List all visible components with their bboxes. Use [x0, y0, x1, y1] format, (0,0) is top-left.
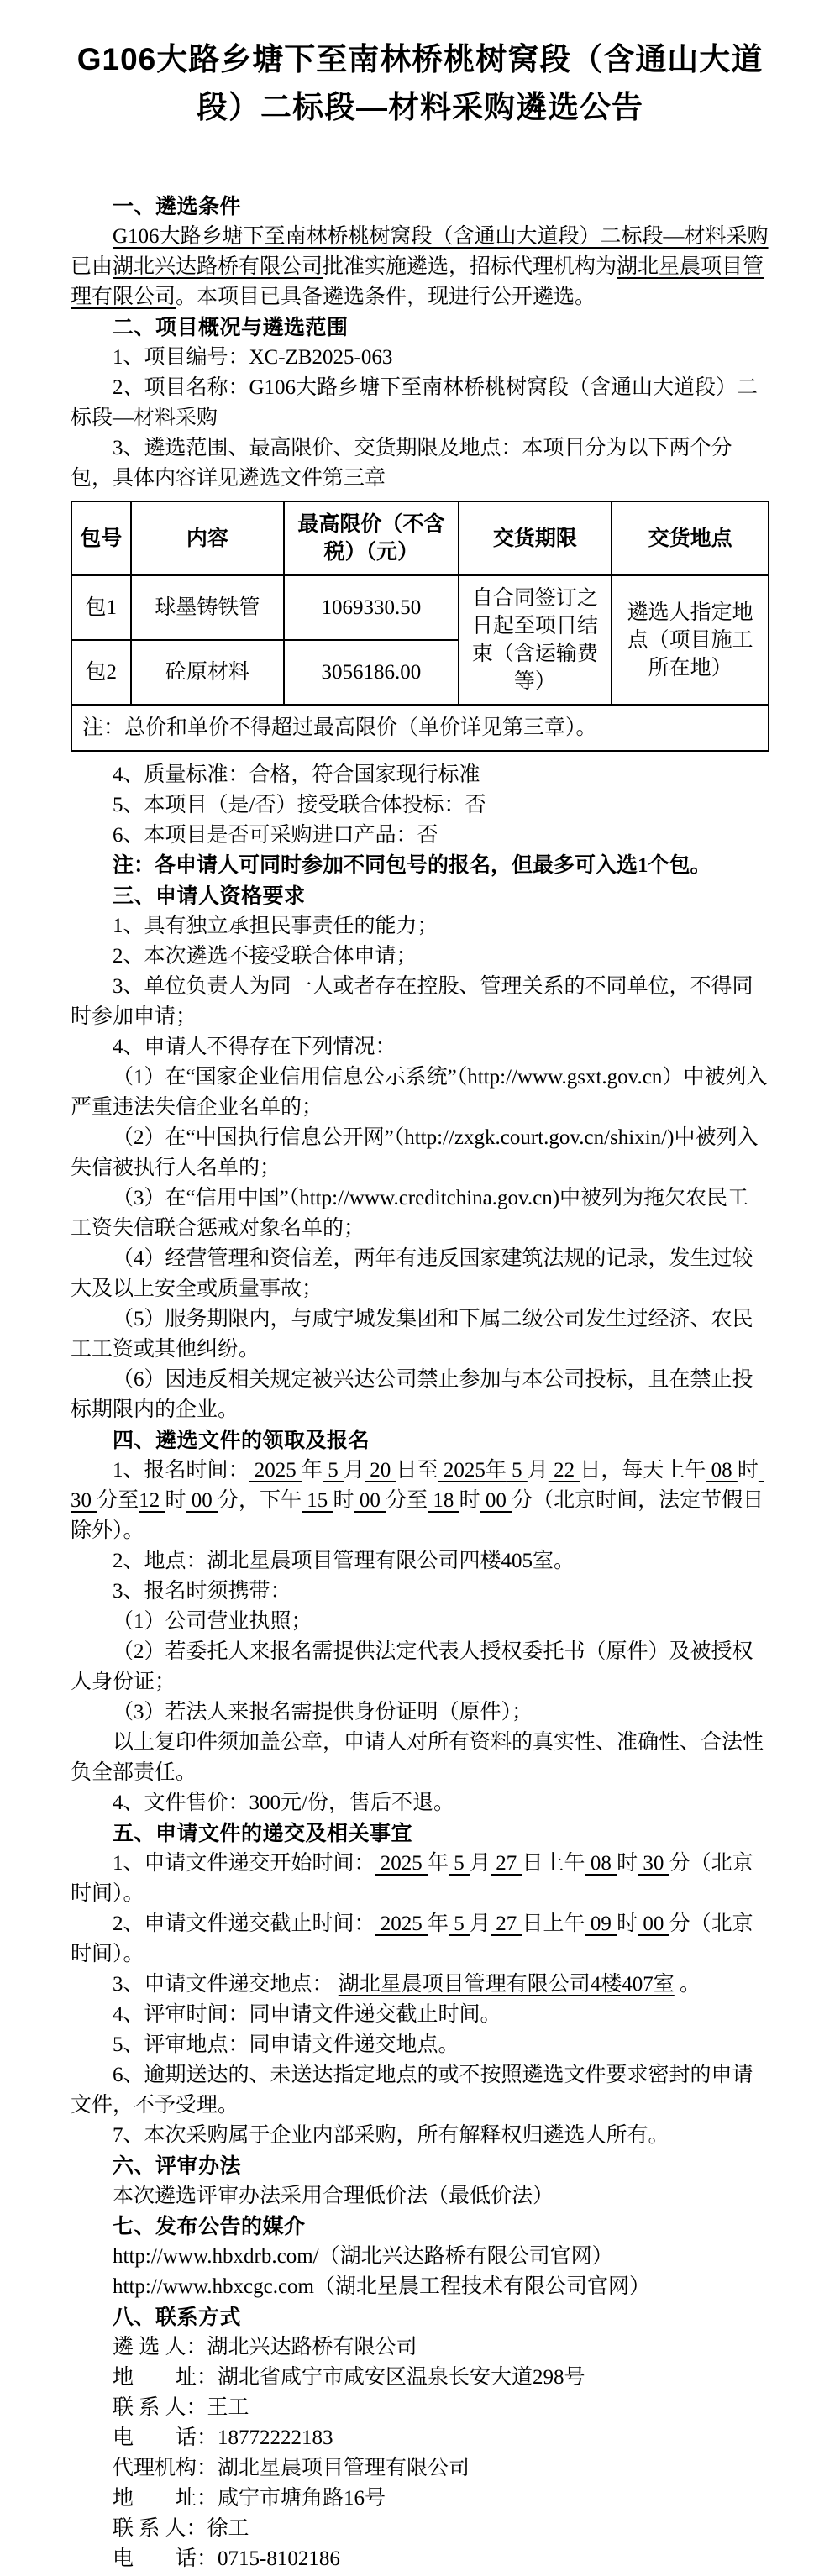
prohibited-case-4: （4）经营管理和资信差，两年有违反国家建筑法规的记录，发生过较大及以上安全或质量… [71, 1244, 769, 1304]
start-minute: 30 [638, 1852, 669, 1875]
document-body: 一、遴选条件 G106大路乡塘下至南林桥桃树窝段（含通山大道段）二标段—材料采购… [0, 131, 840, 2574]
contact-selector-name: 遴 选 人：湖北兴达路桥有限公司 [71, 2332, 769, 2363]
contact-agency-address: 地 址：咸宁市塘角路16号 [71, 2484, 769, 2514]
reg-hour-am: 08 [706, 1459, 738, 1482]
header-package-no: 包号 [71, 501, 131, 575]
reg-sep-13: 时 [459, 1489, 480, 1512]
contact-selector-phone: 电 话：18772222183 [71, 2423, 769, 2453]
owner-name-underlined: 湖北兴达路桥有限公司 [113, 255, 323, 278]
section-3-heading: 三、申请人资格要求 [71, 881, 769, 911]
project-number-line: 1、项目编号：XC-ZB2025-063 [71, 343, 769, 373]
qualification-item-3: 3、单位负责人为同一人或者存在控股、管理关系的不同单位，不得同时参加申请； [71, 972, 769, 1032]
section-4-heading: 四、遴选文件的领取及报名 [71, 1425, 769, 1456]
registration-time-label: 1、报名时间： [113, 1459, 249, 1482]
media-url-2: http://www.hbxcgc.com（湖北星晨工程技术有限公司官网） [71, 2272, 769, 2302]
package-table: 包号 内容 最高限价（不含税）（元） 交货期限 交货地点 包1 球墨铸铁管 10… [71, 501, 769, 752]
deadline-day: 27 [491, 1912, 522, 1935]
deadline-sep-1: 年 [428, 1912, 449, 1935]
project-name-line: 2、项目名称：G106大路乡塘下至南林桥桃树窝段（含通山大道段）二标段—材料采购 [71, 373, 769, 433]
reg-min-pm2: 00 [480, 1489, 512, 1512]
reg-sep-12: 分至 [386, 1489, 428, 1512]
package-1-price: 1069330.50 [284, 575, 459, 640]
deadline-hour: 09 [585, 1912, 617, 1935]
review-time-line: 4、评审时间：同申请文件递交截止时间。 [71, 2000, 769, 2030]
start-year: 2025 [375, 1852, 428, 1875]
prohibited-case-2: （2）在“中国执行信息公开网”（http://zxgk.court.gov.cn… [71, 1123, 769, 1183]
registration-time-line: 1、报名时间： 2025 年 5 月 20 日至 2025年 5 月 22 日，… [71, 1456, 769, 1546]
reg-sep-6: 日，每天上午 [580, 1459, 706, 1482]
document-price-line: 4、文件售价：300元/份，售后不退。 [71, 1788, 769, 1818]
section-6-heading: 六、评审办法 [71, 2151, 769, 2181]
submission-deadline-label: 2、申请文件递交截止时间： [113, 1912, 375, 1935]
package-2-no: 包2 [71, 640, 131, 705]
qualification-item-1: 1、具有独立承担民事责任的能力； [71, 911, 769, 942]
reg-year-1: 2025 [249, 1459, 302, 1482]
start-sep-4: 时 [617, 1852, 638, 1875]
contact-agency-person: 联 系 人：徐工 [71, 2514, 769, 2544]
deadline-sep-3: 日上午 [522, 1912, 585, 1935]
section-5-heading: 五、申请文件的递交及相关事宜 [71, 1818, 769, 1849]
reg-min-noon: 00 [186, 1489, 218, 1512]
start-month: 5 [449, 1852, 470, 1875]
reg-hour-pm2: 18 [428, 1489, 459, 1512]
start-sep-2: 月 [470, 1852, 491, 1875]
project-name-underlined: G106大路乡塘下至南林桥桃树窝段（含通山大道段）二标段—材料采购 [113, 225, 769, 248]
package-2-item: 砼原材料 [131, 640, 285, 705]
intro-text-2: 批准实施遴选，招标代理机构为 [323, 255, 617, 278]
header-delivery-period: 交货期限 [459, 501, 612, 575]
reg-month-2: 5 [507, 1459, 528, 1482]
reg-month-1: 5 [323, 1459, 344, 1482]
reg-sep-8: 分至 [97, 1489, 139, 1512]
quality-standard-line: 4、质量标准：合格，符合国家现行标准 [71, 760, 769, 790]
deadline-year: 2025 [375, 1912, 428, 1935]
prohibited-case-3: （3）在“信用中国”（http://www.creditchina.gov.cn… [71, 1183, 769, 1244]
scope-line: 3、遴选范围、最高限价、交货期限及地点：本项目分为以下两个分包，具体内容详见遴选… [71, 433, 769, 494]
bring-item-1: （1）公司营业执照； [71, 1607, 769, 1637]
deadline-sep-4: 时 [617, 1912, 638, 1935]
start-hour: 08 [585, 1852, 617, 1875]
section-1-intro-paragraph: G106大路乡塘下至南林桥桃树窝段（含通山大道段）二标段—材料采购已由湖北兴达路… [71, 222, 769, 312]
section-7-heading: 七、发布公告的媒介 [71, 2211, 769, 2242]
consortium-bid-line: 5、本项目（是/否）接受联合体投标：否 [71, 790, 769, 821]
reg-day-1: 20 [365, 1459, 396, 1482]
contact-agency-phone: 电 话：0715-8102186 [71, 2544, 769, 2574]
intro-text-3: 。本项目已具备遴选条件，现进行公开遴选。 [176, 286, 596, 308]
submission-place-underlined: 湖北星晨项目管理有限公司4楼407室 [339, 1973, 675, 1996]
header-price-limit: 最高限价（不含税）（元） [284, 501, 459, 575]
header-content: 内容 [131, 501, 285, 575]
registration-place-line: 2、地点：湖北星晨项目管理有限公司四楼405室。 [71, 1546, 769, 1577]
bring-item-2: （2）若委托人来报名需提供法定代表人授权委托书（原件）及被授权人身份证； [71, 1637, 769, 1697]
start-sep-1: 年 [428, 1852, 449, 1875]
section-2-heading: 二、项目概况与遴选范围 [71, 312, 769, 343]
imported-product-line: 6、本项目是否可采购进口产品：否 [71, 821, 769, 851]
submission-start-label: 1、申请文件递交开始时间： [113, 1852, 375, 1875]
package-1-item: 球墨铸铁管 [131, 575, 285, 640]
submission-place-tail: 。 [675, 1973, 701, 1996]
start-day: 27 [491, 1852, 522, 1875]
reg-sep-3: 日至 [396, 1459, 438, 1482]
media-url-1: http://www.hbxdrb.com/（湖北兴达路桥有限公司官网） [71, 2242, 769, 2272]
review-method-line: 本次遴选评审办法采用合理低价法（最低价法） [71, 2181, 769, 2211]
header-delivery-place: 交货地点 [612, 501, 769, 575]
delivery-place-cell: 遴选人指定地点（项目施工所在地） [612, 575, 769, 705]
table-note: 注：总价和单价不得超过最高限价（单价详见第三章）。 [71, 705, 769, 751]
reg-sep-11: 时 [333, 1489, 354, 1512]
bring-item-3: （3）若法人来报名需提供身份证明（原件）； [71, 1697, 769, 1728]
deadline-minute: 00 [638, 1912, 669, 1935]
submission-place-line: 3、申请文件递交地点： 湖北星晨项目管理有限公司4楼407室 。 [71, 1970, 769, 2000]
package-1-no: 包1 [71, 575, 131, 640]
prohibited-case-1: （1）在“国家企业信用信息公示系统”（http://www.gsxt.gov.c… [71, 1062, 769, 1123]
page-title: G106大路乡塘下至南林桥桃树窝段（含通山大道段）二标段—材料采购遴选公告 [0, 0, 840, 131]
reg-sep-9: 时 [165, 1489, 186, 1512]
reg-sep-7: 时 [738, 1459, 759, 1482]
table-note-row: 注：总价和单价不得超过最高限价（单价详见第三章）。 [71, 705, 769, 751]
copies-seal-line: 以上复印件须加盖公章，申请人对所有资料的真实性、准确性、合法性负全部责任。 [71, 1728, 769, 1788]
reg-hour-pm1: 15 [302, 1489, 333, 1512]
reg-sep-1: 年 [302, 1459, 323, 1482]
section-2-note: 注：各申请人可同时参加不同包号的报名，但最多可入选1个包。 [71, 851, 769, 881]
reg-year-2: 2025年 [438, 1459, 507, 1482]
submission-start-line: 1、申请文件递交开始时间： 2025 年 5 月 27 日上午 08 时 30 … [71, 1849, 769, 1909]
internal-procurement-line: 7、本次采购属于企业内部采购，所有解释权归遴选人所有。 [71, 2121, 769, 2151]
prohibited-case-6: （6）因违反相关规定被兴达公司禁止参加与本公司投标，且在禁止投标期限内的企业。 [71, 1365, 769, 1425]
deadline-month: 5 [449, 1912, 470, 1935]
intro-text-1: 已由 [71, 255, 113, 278]
contact-selector-address: 地 址：湖北省咸宁市咸安区温泉长安大道298号 [71, 2363, 769, 2393]
reg-min-pm1: 00 [354, 1489, 386, 1512]
reg-sep-5: 月 [528, 1459, 549, 1482]
qualification-item-4: 4、申请人不得存在下列情况： [71, 1032, 769, 1062]
submission-place-label: 3、申请文件递交地点： [113, 1973, 339, 1996]
reg-hour-noon: 12 [139, 1489, 165, 1512]
reg-sep-2: 月 [344, 1459, 365, 1482]
prohibited-case-5: （5）服务期限内，与咸宁城发集团和下属二级公司发生过经济、农民工工资或其他纠纷。 [71, 1304, 769, 1365]
contact-agency-name: 代理机构：湖北星晨项目管理有限公司 [71, 2453, 769, 2484]
table-header-row: 包号 内容 最高限价（不含税）（元） 交货期限 交货地点 [71, 501, 769, 575]
reg-sep-10: 分，下午 [218, 1489, 302, 1512]
delivery-period-cell: 自合同签订之日起至项目结束（含运输费等） [459, 575, 612, 705]
reg-day-2: 22 [549, 1459, 580, 1482]
section-1-heading: 一、遴选条件 [71, 191, 769, 222]
announcement-document-page: G106大路乡塘下至南林桥桃树窝段（含通山大道段）二标段—材料采购遴选公告 一、… [0, 0, 840, 2576]
late-submission-line: 6、逾期送达的、未送达指定地点的或不按照遴选文件要求密封的申请文件，不予受理。 [71, 2060, 769, 2121]
deadline-sep-2: 月 [470, 1912, 491, 1935]
review-place-line: 5、评审地点：同申请文件递交地点。 [71, 2030, 769, 2060]
submission-deadline-line: 2、申请文件递交截止时间： 2025 年 5 月 27 日上午 09 时 00 … [71, 1909, 769, 1970]
contact-selector-person: 联 系 人：王工 [71, 2393, 769, 2423]
registration-bring-line: 3、报名时须携带： [71, 1577, 769, 1607]
package-2-price: 3056186.00 [284, 640, 459, 705]
start-sep-3: 日上午 [522, 1852, 585, 1875]
table-row: 包1 球墨铸铁管 1069330.50 自合同签订之日起至项目结束（含运输费等）… [71, 575, 769, 640]
section-8-heading: 八、联系方式 [71, 2302, 769, 2332]
qualification-item-2: 2、本次遴选不接受联合体申请； [71, 942, 769, 972]
